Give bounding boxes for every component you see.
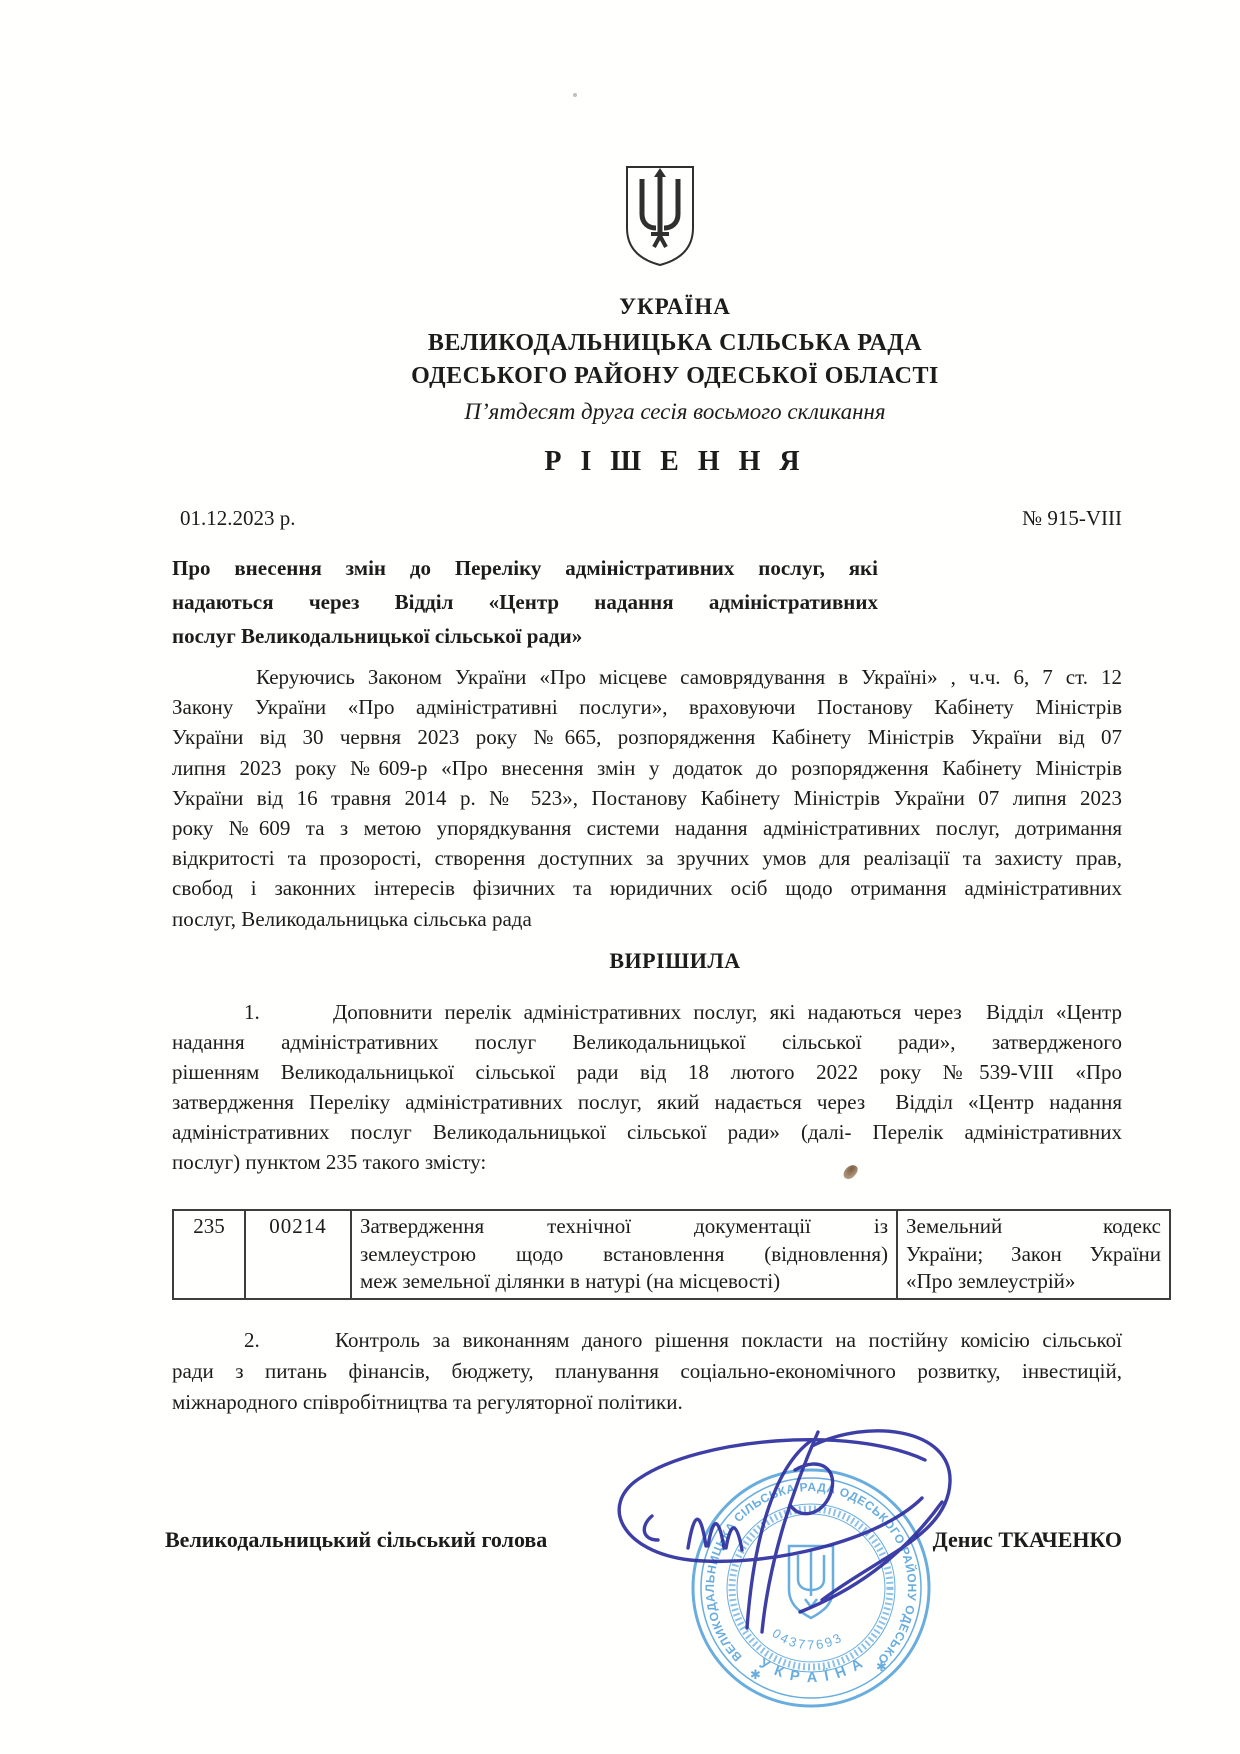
- item-1-line: надання адміністративних послуг Великода…: [172, 1027, 1122, 1057]
- stamp-star-right-icon: ✱: [876, 1659, 887, 1674]
- legal-line: Земельний кодекс: [906, 1213, 1161, 1241]
- preamble-line: Закону України «Про адміністративні посл…: [172, 692, 1122, 722]
- subject-line: послуг Великодальницької сільської ради»: [172, 619, 878, 653]
- item-1-line: рішенням Великодальницької сільської рад…: [172, 1057, 1122, 1087]
- official-round-stamp: ВЕЛИКОДАЛЬНИЦЬКА СІЛЬСЬКА РАДА ОДЕСЬКОГО…: [686, 1463, 936, 1713]
- subject-paragraph: Про внесення змін до Переліку адміністра…: [172, 551, 878, 653]
- meta-row: 01.12.2023 р. № 915-VIII: [180, 506, 1122, 531]
- item-2-line: 2. Контроль за виконанням даного рішення…: [172, 1325, 1122, 1356]
- cell-service-description: Затвердження технічної документації із з…: [351, 1210, 897, 1299]
- item-1-paragraph: 1. Доповнити перелік адміністративних по…: [172, 997, 1122, 1177]
- table-row: 235 00214 Затвердження технічної докумен…: [173, 1210, 1170, 1299]
- service-line: землеустрою щодо встановлення (відновлен…: [360, 1241, 888, 1269]
- preamble-line: року №609 та з метою упорядкування систе…: [172, 813, 1122, 843]
- item-2-line: ради з питань фінансів, бюджету, планува…: [172, 1356, 1122, 1387]
- signer-position: Великодальницький сільський голова: [165, 1527, 547, 1553]
- dust-dot: [573, 93, 577, 97]
- resolved-heading: ВИРІШИЛА: [200, 948, 1150, 974]
- document-type-title: Р І Ш Е Н Н Я: [200, 446, 1150, 478]
- svg-text:У К Р А Ї Н А: У К Р А Ї Н А: [756, 1655, 867, 1686]
- legal-line: України; Закон України: [906, 1241, 1161, 1269]
- header-district: ОДЕСЬКОГО РАЙОНУ ОДЕСЬКОЇ ОБЛАСТІ: [200, 363, 1150, 390]
- preamble-line: липня 2023 року №609-р «Про внесення змі…: [172, 753, 1122, 783]
- stamp-trident-icon: [789, 1546, 833, 1618]
- signer-name: Денис ТКАЧЕНКО: [933, 1527, 1122, 1553]
- document-date: 01.12.2023 р.: [180, 506, 296, 531]
- item-1-line: затвердження Переліку адміністративних п…: [172, 1087, 1122, 1117]
- preamble-line: України від 30 червня 2023 року №665, ро…: [172, 722, 1122, 752]
- service-line: Затвердження технічної документації із: [360, 1213, 888, 1241]
- item-2-line: міжнародного співробітництва та регулято…: [172, 1387, 1122, 1418]
- stamp-registry-code: 04377693: [770, 1625, 846, 1652]
- legal-line: «Про землеустрій»: [906, 1268, 1161, 1296]
- header-session-line: П’ятдесят друга сесія восьмого скликання: [200, 399, 1150, 425]
- item-2-paragraph: 2. Контроль за виконанням даного рішення…: [172, 1325, 1122, 1418]
- preamble-line: відкритості та прозорості, створення дос…: [172, 843, 1122, 873]
- cell-legal-basis: Земельний кодекс України; Закон України …: [897, 1210, 1170, 1299]
- subject-line: Про внесення змін до Переліку адміністра…: [172, 551, 878, 585]
- preamble-line: України від 16 травня 2014 р. № 523», По…: [172, 783, 1122, 813]
- preamble-line: Керуючись Законом України «Про місцеве с…: [172, 662, 1122, 692]
- preamble-line: свобод і законних інтересів фізичних та …: [172, 873, 1122, 903]
- stamp-star-left-icon: ✱: [750, 1667, 761, 1682]
- svg-text:ВЕЛИКОДАЛЬНИЦЬКА СІЛЬСЬКА РАДА: ВЕЛИКОДАЛЬНИЦЬКА СІЛЬСЬКА РАДА ОДЕСЬКОГО…: [686, 1463, 919, 1667]
- ukraine-trident-emblem-icon: [622, 164, 698, 268]
- item-1-line: 1. Доповнити перелік адміністративних по…: [172, 997, 1122, 1027]
- service-line: меж земельної ділянки в натурі (на місце…: [360, 1268, 888, 1296]
- preamble-paragraph: Керуючись Законом України «Про місцеве с…: [172, 662, 1122, 934]
- item-1-line: послуг) пунктом 235 такого змісту:: [172, 1147, 1122, 1177]
- services-table: 235 00214 Затвердження технічної докумен…: [172, 1209, 1171, 1300]
- signing-row: Великодальницький сільський голова Денис…: [165, 1527, 1122, 1553]
- document-page: УКРАЇНА ВЕЛИКОДАЛЬНИЦЬКА СІЛЬСЬКА РАДА О…: [0, 0, 1240, 1754]
- cell-service-code: 00214: [245, 1210, 351, 1299]
- stamp-ring-text: ВЕЛИКОДАЛЬНИЦЬКА СІЛЬСЬКА РАДА ОДЕСЬКОГО…: [686, 1463, 919, 1667]
- item-1-line: адміністративних послуг Великодальницько…: [172, 1117, 1122, 1147]
- cell-item-number: 235: [173, 1210, 245, 1299]
- svg-text:04377693: 04377693: [770, 1625, 846, 1652]
- header-country: УКРАЇНА: [200, 294, 1150, 320]
- preamble-line: послуг, Великодальницька сільська рада: [172, 904, 1122, 934]
- document-number: № 915-VIII: [1022, 506, 1122, 531]
- stamp-country-text: У К Р А Ї Н А: [756, 1655, 867, 1686]
- header-council-name: ВЕЛИКОДАЛЬНИЦЬКА СІЛЬСЬКА РАДА: [200, 330, 1150, 357]
- subject-line: надаються через Відділ «Центр надання ад…: [172, 585, 878, 619]
